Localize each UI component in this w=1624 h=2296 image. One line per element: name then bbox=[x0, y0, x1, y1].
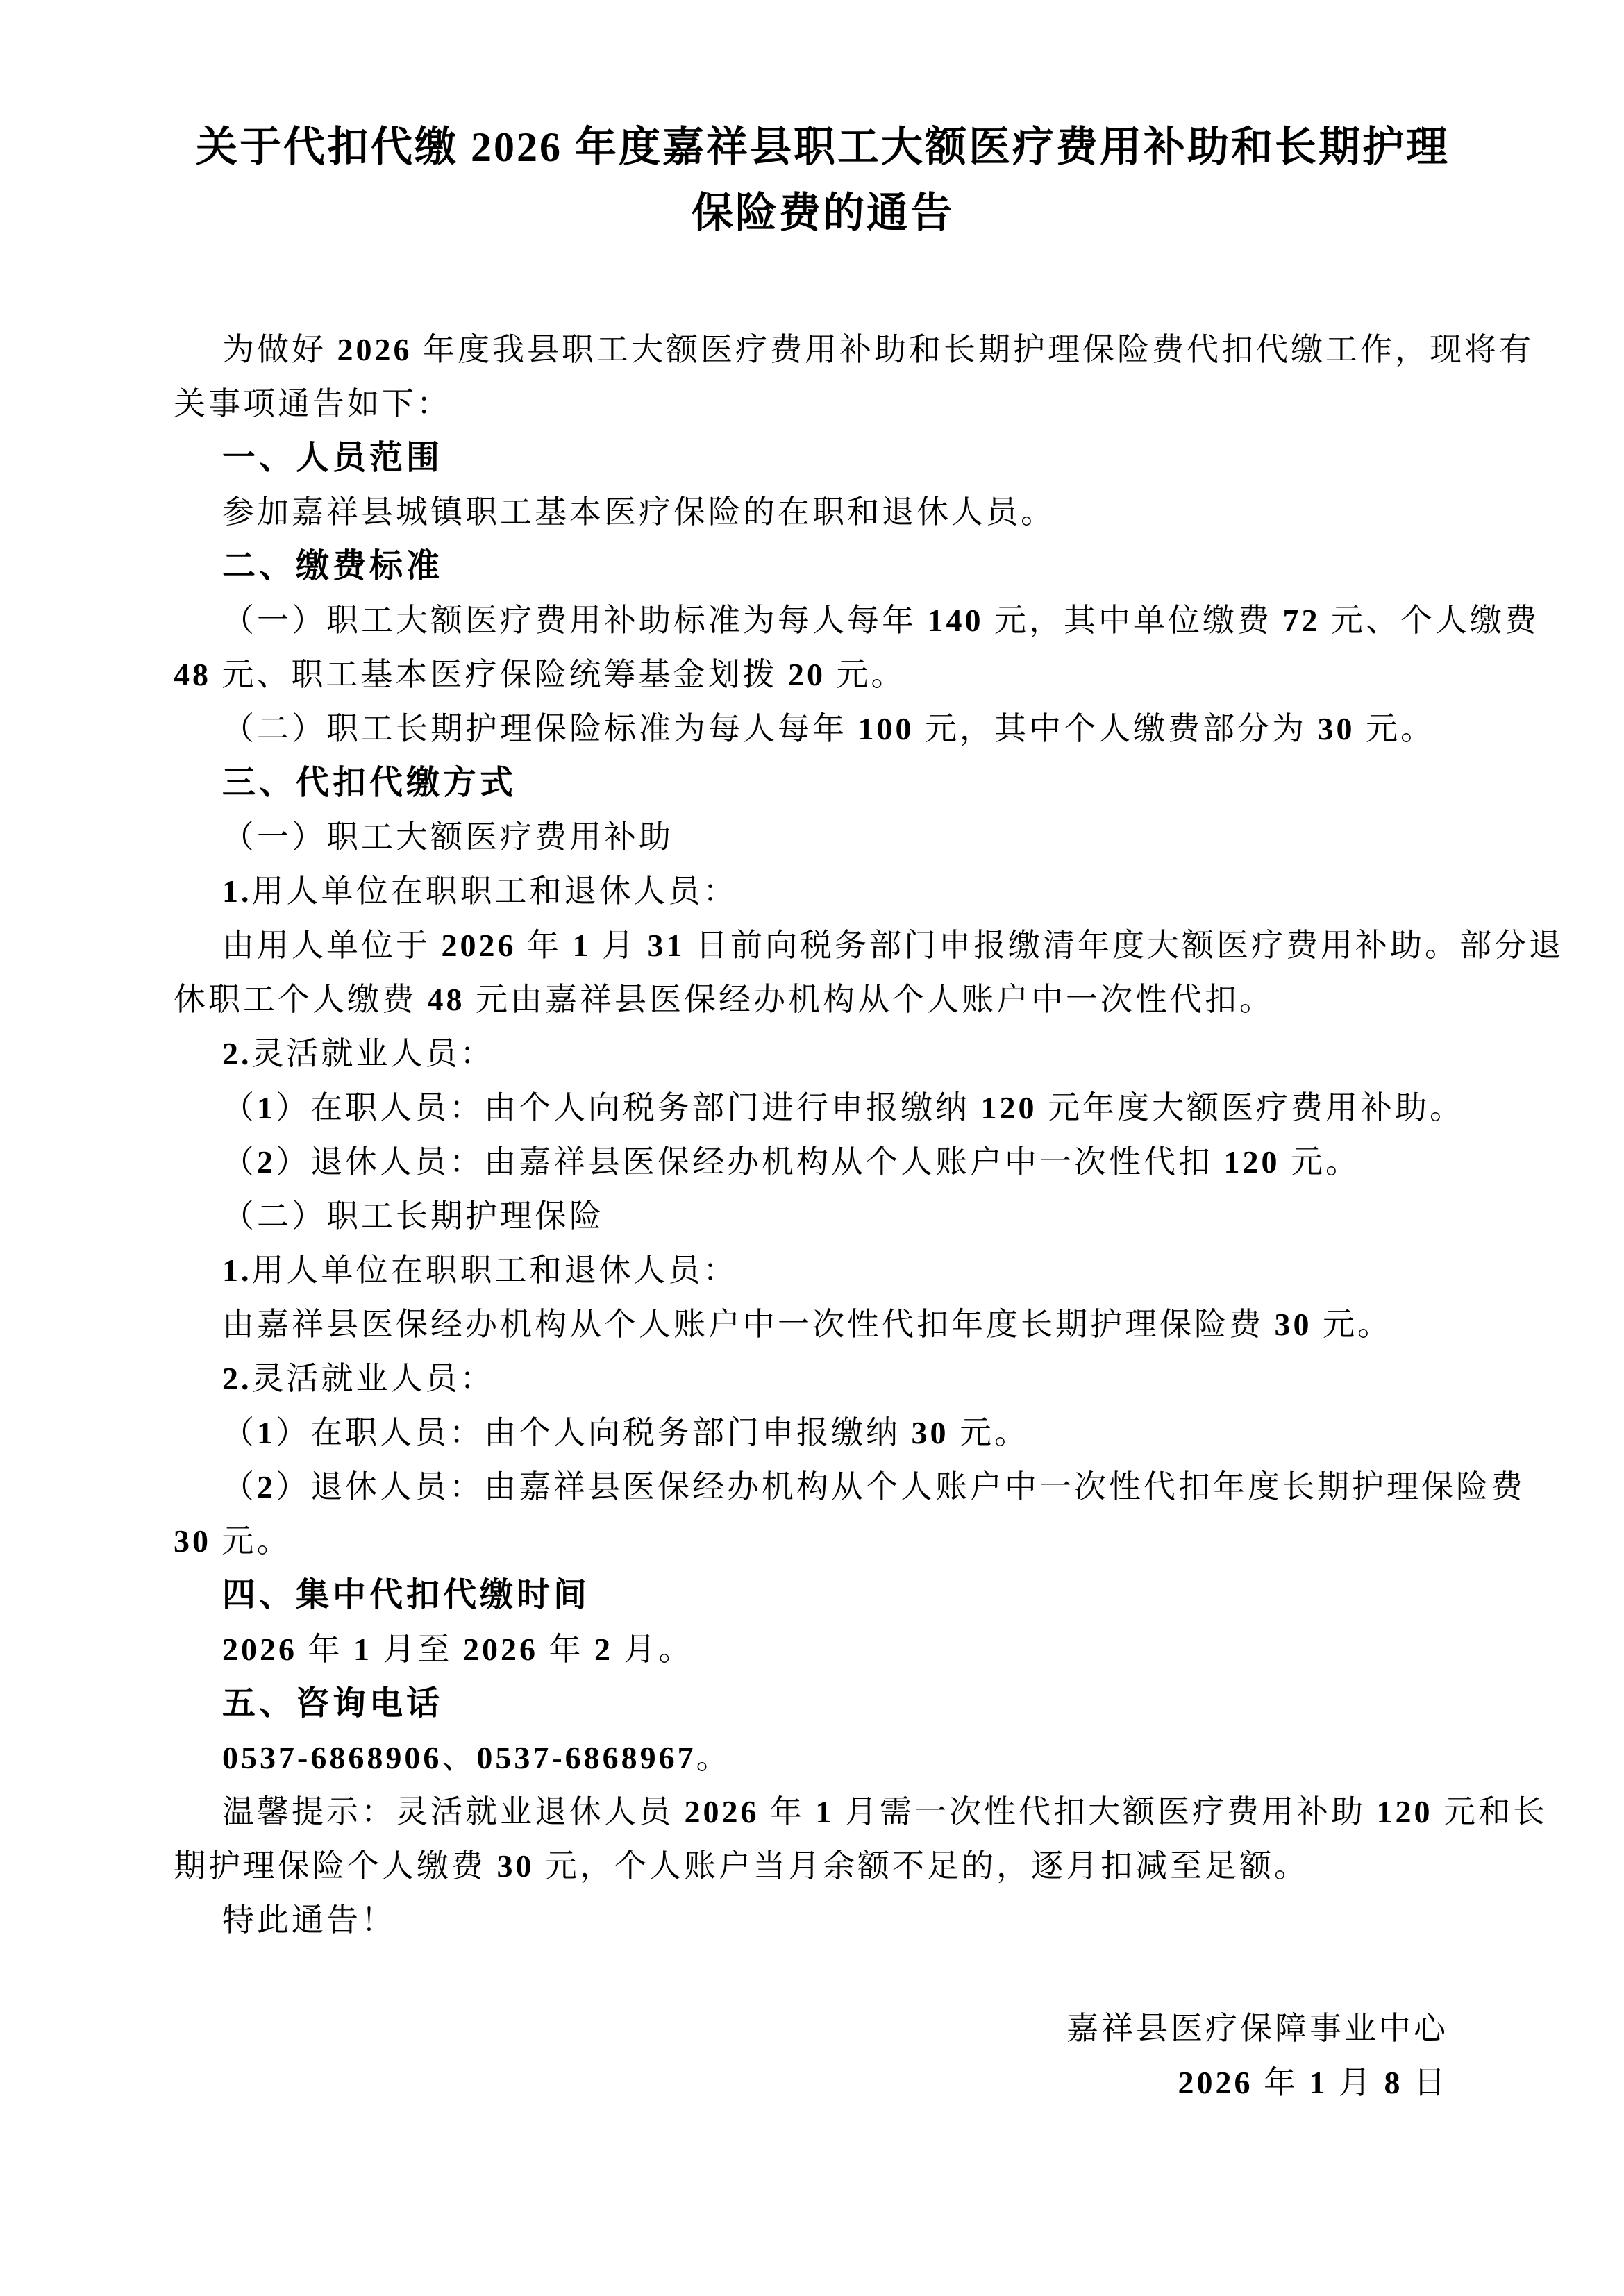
doc-line-cont: 30 元。 bbox=[174, 1514, 1472, 1568]
text-run: （二）职工长期护理保险 bbox=[222, 1198, 604, 1234]
text-run-bold: 30 bbox=[1318, 711, 1355, 746]
text-run-bold: 30 bbox=[912, 1415, 949, 1450]
text-run-bold: 1 bbox=[573, 928, 592, 963]
text-run-bold: 2026 bbox=[222, 1632, 297, 1667]
doc-line-para: 由嘉祥县医保经办机构从个人账户中一次性代扣年度长期护理保险费 30 元。 bbox=[174, 1298, 1472, 1352]
text-run: 温馨提示：灵活就业退休人员 bbox=[222, 1794, 685, 1829]
doc-line-sign: 嘉祥县医疗保障事业中心 bbox=[174, 2002, 1472, 2056]
text-run-bold: 0537-6868906 bbox=[222, 1740, 442, 1775]
doc-line-para: 2.灵活就业人员： bbox=[174, 1352, 1472, 1406]
text-run: 年 bbox=[517, 928, 573, 963]
doc-line-cont: 48 元、职工基本医疗保险统筹基金划拨 20 元。 bbox=[174, 648, 1472, 702]
text-run: 休职工个人缴费 bbox=[174, 982, 428, 1017]
text-run: 灵活就业人员： bbox=[252, 1361, 495, 1396]
doc-line-heading: 四、集中代扣代缴时间 bbox=[174, 1568, 1472, 1623]
text-run: （ bbox=[222, 1415, 257, 1450]
doc-line-heading: 二、缴费标准 bbox=[174, 539, 1472, 594]
text-run: 嘉祥县医疗保障事业中心 bbox=[1066, 2011, 1448, 2046]
text-run-bold: 48 bbox=[174, 657, 211, 692]
text-run: （一）职工大额医疗费用补助 bbox=[222, 819, 673, 855]
doc-line-cont: 关事项通告如下： bbox=[174, 377, 1472, 431]
document-content: 关于代扣代缴 2026 年度嘉祥县职工大额医疗费用补助和长期护理 保险费的通告 … bbox=[174, 0, 1472, 2110]
text-run-bold: 2 bbox=[257, 1144, 276, 1180]
text-run-bold: 30 bbox=[174, 1523, 211, 1559]
text-run: 由嘉祥县医保经办机构从个人账户中一次性代扣年度长期护理保险费 bbox=[222, 1307, 1275, 1342]
text-run: （二）职工长期护理保险标准为每人每年 bbox=[222, 711, 858, 746]
text-run-bold: 8 bbox=[1384, 2065, 1403, 2100]
text-run: 用人单位在职职工和退休人员： bbox=[252, 873, 738, 909]
text-run: 年 bbox=[1253, 2065, 1309, 2100]
doc-line-heading: 三、代扣代缴方式 bbox=[174, 756, 1472, 810]
text-run: 参加嘉祥县城镇职工基本医疗保险的在职和退休人员。 bbox=[222, 494, 1055, 530]
text-run: 元。 bbox=[1312, 1307, 1393, 1342]
text-run: 元。 bbox=[1280, 1144, 1361, 1180]
doc-line-para: （一）职工大额医疗费用补助 bbox=[174, 810, 1472, 864]
text-run-bold: 2026 bbox=[442, 928, 517, 963]
text-run: （一）职工大额医疗费用补助标准为每人每年 bbox=[222, 603, 928, 638]
text-run: ）在职人员：由个人向税务部门进行申报缴纳 bbox=[276, 1090, 981, 1125]
doc-line-para: （一）职工大额医疗费用补助标准为每人每年 140 元，其中单位缴费 72 元、个… bbox=[174, 594, 1472, 648]
text-run-bold: 2026 bbox=[463, 1632, 538, 1667]
text-run: 日 bbox=[1403, 2065, 1449, 2100]
text-run: 四、集中代扣代缴时间 bbox=[222, 1577, 590, 1614]
text-run: （ bbox=[222, 1090, 257, 1125]
text-run: （ bbox=[222, 1144, 257, 1180]
notice-document-page: 关于代扣代缴 2026 年度嘉祥县职工大额医疗费用补助和长期护理 保险费的通告 … bbox=[0, 0, 1624, 2296]
text-run: 元。 bbox=[949, 1415, 1030, 1450]
text-run: 五、咨询电话 bbox=[222, 1685, 443, 1722]
text-run-bold: 1. bbox=[222, 1252, 252, 1288]
text-run-bold: 1 bbox=[353, 1632, 372, 1667]
doc-line-para: 由用人单位于 2026 年 1 月 31 日前向税务部门申报缴清年度大额医疗费用… bbox=[174, 919, 1472, 973]
text-run-bold: 2. bbox=[222, 1036, 252, 1071]
text-run-bold: 31 bbox=[648, 928, 685, 963]
doc-line-para: 1.用人单位在职职工和退休人员： bbox=[174, 1243, 1472, 1298]
doc-line-para: 特此通告！ bbox=[174, 1893, 1472, 1947]
text-run: 年度我县职工大额医疗费用补助和长期护理保险费代扣代缴工作，现将有 bbox=[412, 332, 1534, 367]
text-run-bold: 30 bbox=[497, 1848, 535, 1884]
text-run-bold: 2026 bbox=[1178, 2065, 1253, 2100]
text-run: 年 bbox=[538, 1632, 594, 1667]
text-run-bold: 2 bbox=[594, 1632, 613, 1667]
doc-line-para: （1）在职人员：由个人向税务部门申报缴纳 30 元。 bbox=[174, 1406, 1472, 1460]
text-run-bold: 1 bbox=[816, 1794, 835, 1829]
text-run-bold: 1. bbox=[222, 873, 252, 909]
text-run-bold: 120 bbox=[1224, 1144, 1280, 1180]
doc-line-para: （二）职工长期护理保险 bbox=[174, 1189, 1472, 1243]
text-run-bold: 1 bbox=[257, 1090, 276, 1125]
doc-line-heading: 一、人员范围 bbox=[174, 431, 1472, 485]
text-run-bold: 2 bbox=[257, 1469, 276, 1505]
text-run: 日前向税务部门申报缴清年度大额医疗费用补助。部分退 bbox=[685, 928, 1564, 963]
text-run: 年 bbox=[297, 1632, 353, 1667]
text-run: 月。 bbox=[613, 1632, 694, 1667]
doc-line-cont: 休职工个人缴费 48 元由嘉祥县医保经办机构从个人账户中一次性代扣。 bbox=[174, 973, 1472, 1027]
text-run: 元，个人账户当月余额不足的，逐月扣减至足额。 bbox=[535, 1848, 1309, 1884]
text-run: ）在职人员：由个人向税务部门申报缴纳 bbox=[276, 1415, 912, 1450]
text-run: 元年度大额医疗费用补助。 bbox=[1037, 1090, 1465, 1125]
text-run: 三、代扣代缴方式 bbox=[222, 764, 517, 801]
text-run-bold: 0537-6868967 bbox=[476, 1740, 696, 1775]
text-run: 元。 bbox=[211, 1523, 292, 1559]
text-run-bold: 1 bbox=[257, 1415, 276, 1450]
text-run: 为做好 bbox=[222, 332, 337, 367]
text-run: 由用人单位于 bbox=[222, 928, 442, 963]
doc-line-cont: 期护理保险个人缴费 30 元，个人账户当月余额不足的，逐月扣减至足额。 bbox=[174, 1839, 1472, 1893]
doc-line-para: （1）在职人员：由个人向税务部门进行申报缴纳 120 元年度大额医疗费用补助。 bbox=[174, 1081, 1472, 1135]
blank-line bbox=[174, 1947, 1472, 2002]
text-run: 特此通告！ bbox=[222, 1902, 396, 1938]
doc-line-para: （2）退休人员：由嘉祥县医保经办机构从个人账户中一次性代扣年度长期护理保险费 bbox=[174, 1460, 1472, 1514]
title-line-1: 关于代扣代缴 2026 年度嘉祥县职工大额医疗费用补助和长期护理 bbox=[174, 115, 1472, 181]
text-run-bold: 30 bbox=[1275, 1307, 1312, 1342]
doc-line-para: 为做好 2026 年度我县职工大额医疗费用补助和长期护理保险费代扣代缴工作，现将… bbox=[174, 323, 1472, 377]
text-run: 关事项通告如下： bbox=[174, 386, 451, 421]
text-run: 元。 bbox=[1355, 711, 1436, 746]
doc-line-para: 2.灵活就业人员： bbox=[174, 1027, 1472, 1081]
text-run: 。 bbox=[696, 1740, 731, 1775]
text-run: 元、个人缴费 bbox=[1321, 603, 1540, 638]
doc-line-para: 参加嘉祥县城镇职工基本医疗保险的在职和退休人员。 bbox=[174, 485, 1472, 539]
doc-line-para: 1.用人单位在职职工和退休人员： bbox=[174, 864, 1472, 919]
text-run: 元，其中个人缴费部分为 bbox=[914, 711, 1318, 746]
text-run: （ bbox=[222, 1469, 257, 1505]
text-run-bold: 120 bbox=[1377, 1794, 1433, 1829]
text-run: 期护理保险个人缴费 bbox=[174, 1848, 497, 1884]
text-run-bold: 140 bbox=[928, 603, 984, 638]
text-run: 月 bbox=[592, 928, 648, 963]
text-run-bold: 2. bbox=[222, 1361, 252, 1396]
text-run: ）退休人员：由嘉祥县医保经办机构从个人账户中一次性代扣 bbox=[276, 1144, 1224, 1180]
doc-line-para: 温馨提示：灵活就业退休人员 2026 年 1 月需一次性代扣大额医疗费用补助 1… bbox=[174, 1785, 1472, 1839]
doc-line-para: 2026 年 1 月至 2026 年 2 月。 bbox=[174, 1623, 1472, 1677]
text-run: 元、职工基本医疗保险统筹基金划拨 bbox=[211, 657, 788, 692]
text-run: 元由嘉祥县医保经办机构从个人账户中一次性代扣。 bbox=[465, 982, 1275, 1017]
text-run: 、 bbox=[442, 1740, 476, 1775]
document-title: 关于代扣代缴 2026 年度嘉祥县职工大额医疗费用补助和长期护理 保险费的通告 bbox=[174, 0, 1472, 246]
text-run: 灵活就业人员： bbox=[252, 1036, 495, 1071]
doc-line-date: 2026 年 1 月 8 日 bbox=[174, 2056, 1472, 2110]
text-run: ）退休人员：由嘉祥县医保经办机构从个人账户中一次性代扣年度长期护理保险费 bbox=[276, 1469, 1525, 1505]
text-run-bold: 120 bbox=[981, 1090, 1037, 1125]
text-run-bold: 2026 bbox=[685, 1794, 760, 1829]
doc-line-para: （2）退休人员：由嘉祥县医保经办机构从个人账户中一次性代扣 120 元。 bbox=[174, 1135, 1472, 1189]
text-run: 元，其中单位缴费 bbox=[984, 603, 1283, 638]
text-run-bold: 20 bbox=[788, 657, 826, 692]
text-run: 年 bbox=[760, 1794, 816, 1829]
text-run: 用人单位在职职工和退休人员： bbox=[252, 1252, 738, 1288]
text-run-bold: 48 bbox=[428, 982, 465, 1017]
text-run: 月 bbox=[1328, 2065, 1384, 2100]
text-run-bold: 1 bbox=[1309, 2065, 1328, 2100]
document-body: 为做好 2026 年度我县职工大额医疗费用补助和长期护理保险费代扣代缴工作，现将… bbox=[174, 323, 1472, 2110]
text-run-bold: 2026 bbox=[337, 332, 412, 367]
text-run-bold: 100 bbox=[858, 711, 914, 746]
title-line-2: 保险费的通告 bbox=[174, 181, 1472, 246]
text-run: 元。 bbox=[826, 657, 906, 692]
doc-line-heading: 五、咨询电话 bbox=[174, 1677, 1472, 1731]
doc-line-para: 0537-6868906、0537-6868967。 bbox=[174, 1731, 1472, 1785]
text-run: 月至 bbox=[372, 1632, 463, 1667]
text-run: 二、缴费标准 bbox=[222, 548, 443, 585]
text-run-bold: 72 bbox=[1283, 603, 1321, 638]
text-run: 一、人员范围 bbox=[222, 439, 443, 476]
doc-line-para: （二）职工长期护理保险标准为每人每年 100 元，其中个人缴费部分为 30 元。 bbox=[174, 702, 1472, 756]
text-run: 元和长 bbox=[1433, 1794, 1548, 1829]
text-run: 月需一次性代扣大额医疗费用补助 bbox=[835, 1794, 1377, 1829]
